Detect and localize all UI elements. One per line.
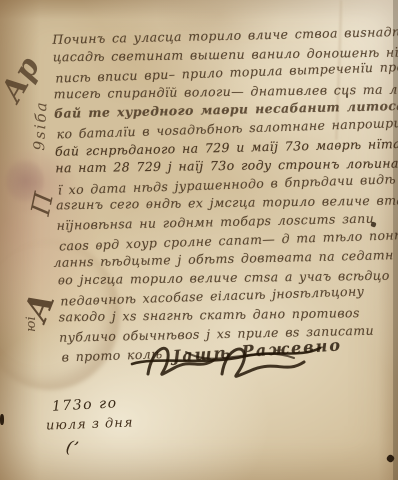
manuscript-page: Ар 9ѕіба П А юі Починъ са уласца торило … [0,0,398,480]
margin-inscription: П [26,190,60,218]
date-day: июля з дня [46,415,134,433]
margin-inscription: юі [24,316,39,332]
ink-speck [0,414,4,425]
manuscript-text-block: Починъ са уласца торило вличе ствоа виѕн… [52,23,398,365]
end-flourish: (’ [64,437,80,459]
date-year: 173о го [52,395,118,414]
margin-inscription: 9ѕіба [30,100,51,151]
closing-text: в прото колѣ [61,345,163,367]
